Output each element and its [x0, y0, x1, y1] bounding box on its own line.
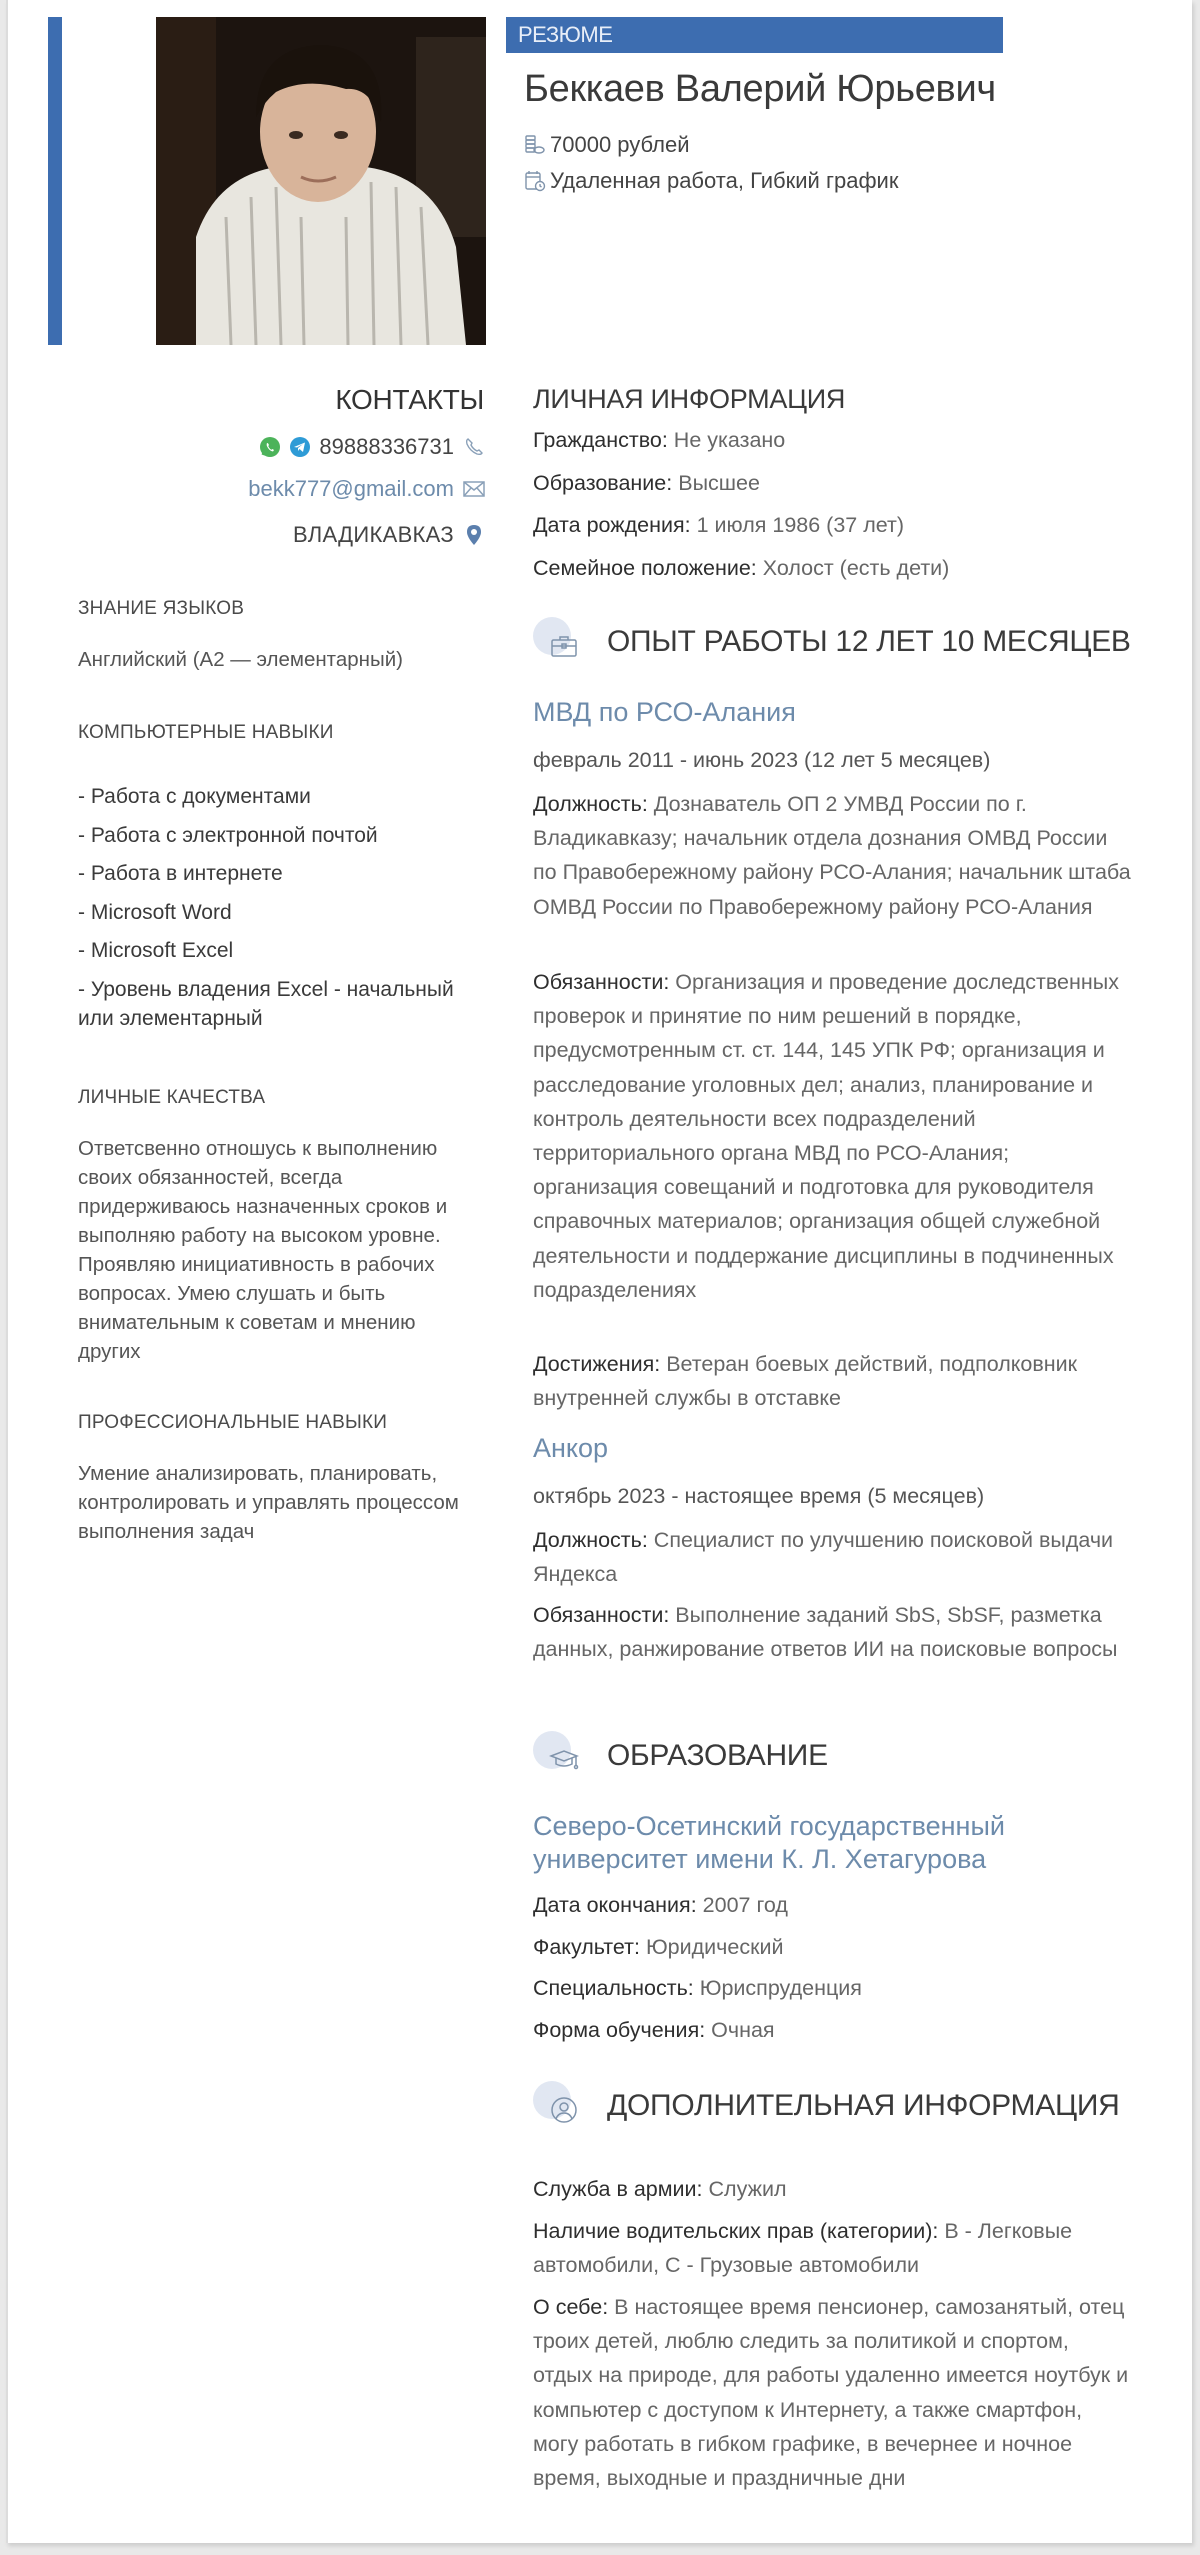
- job-1-period: февраль 2011 - июнь 2023 (12 лет 5 месяц…: [533, 748, 990, 773]
- contact-city: ВЛАДИКАВКАЗ: [293, 522, 486, 548]
- experience-title: ОПЫТ РАБОТЫ 12 ЛЕТ 10 МЕСЯЦЕВ: [607, 625, 1131, 659]
- contacts-title: КОНТАКТЫ: [335, 384, 484, 416]
- schedule-value: Удаленная работа, Гибкий график: [550, 168, 898, 194]
- list-item: - Работа с документами: [78, 782, 488, 811]
- salary: 70000 рублей: [524, 132, 690, 158]
- email-link[interactable]: bekk777@gmail.com: [248, 476, 454, 502]
- field-study-form: Форма обучения: Очная: [533, 2013, 1133, 2048]
- computer-skills-title: КОМПЬЮТЕРНЫЕ НАВЫКИ: [78, 722, 334, 744]
- personal-info-title: ЛИЧНАЯ ИНФОРМАЦИЯ: [533, 384, 1133, 415]
- graduation-cap-icon: [549, 1745, 579, 1775]
- additional-title: ДОПОЛНИТЕЛЬНАЯ ИНФОРМАЦИЯ: [607, 2089, 1119, 2123]
- job-1-duties: Обязанности: Организация и проведение до…: [533, 965, 1133, 1307]
- personal-qualities-title: ЛИЧНЫЕ КАЧЕСТВА: [78, 1087, 265, 1109]
- field-specialty: Специальность: Юриспруденция: [533, 1971, 1133, 2006]
- education-title: ОБРАЗОВАНИЕ: [607, 1739, 828, 1773]
- additional-header: ДОПОЛНИТЕЛЬНАЯ ИНФОРМАЦИЯ: [533, 2081, 1119, 2131]
- field-marital: Семейное положение: Холост (есть дети): [533, 551, 1133, 586]
- field-license: Наличие водительских прав (категории): В…: [533, 2214, 1133, 2282]
- phone-number[interactable]: 89888336731: [319, 434, 454, 460]
- job-2-duties: Обязанности: Выполнение заданий SbS, SbS…: [533, 1598, 1133, 1666]
- field-citizenship: Гражданство: Не указано: [533, 423, 1133, 458]
- education-fields: Дата окончания: 2007 год Факультет: Юрид…: [533, 1888, 1133, 2047]
- profile-photo: [156, 17, 486, 345]
- experience-header: ОПЫТ РАБОТЫ 12 ЛЕТ 10 МЕСЯЦЕВ: [533, 617, 1131, 667]
- candidate-name: Беккаев Валерий Юрьевич: [524, 68, 996, 111]
- job-2-org: Анкор: [533, 1432, 1133, 1465]
- envelope-icon: [462, 477, 486, 501]
- job-2-period: октябрь 2023 - настоящее время (5 месяце…: [533, 1484, 984, 1509]
- job-2-position: Должность: Специалист по улучшению поиск…: [533, 1523, 1133, 1591]
- accent-bar: [48, 17, 62, 345]
- professional-skills-title: ПРОФЕССИОНАЛЬНЫЕ НАВЫКИ: [78, 1412, 387, 1434]
- coins-icon: [524, 134, 546, 156]
- user-circle-icon: [549, 2095, 579, 2125]
- list-item: - Microsoft Word: [78, 898, 488, 927]
- job-1-org: МВД по РСО-Алания: [533, 696, 1133, 729]
- languages-title: ЗНАНИЕ ЯЗЫКОВ: [78, 598, 244, 620]
- education-institution: Северо-Осетинский государственный универ…: [533, 1810, 1133, 1876]
- phone-icon: [462, 435, 486, 459]
- city-name: ВЛАДИКАВКАЗ: [293, 522, 454, 548]
- job-1-position: Должность: Дознаватель ОП 2 УМВД России …: [533, 787, 1133, 924]
- whatsapp-icon[interactable]: [259, 436, 281, 458]
- calendar-clock-icon: [524, 170, 546, 192]
- list-item: - Microsoft Excel: [78, 936, 488, 965]
- briefcase-icon: [549, 631, 579, 661]
- resume-tag: РЕЗЮМЕ: [506, 17, 1003, 53]
- contact-email: bekk777@gmail.com: [248, 476, 486, 502]
- contact-phone: 89888336731: [259, 434, 486, 460]
- professional-skills-text: Умение анализировать, планировать, контр…: [78, 1459, 478, 1546]
- list-item: - Уровень владения Excel - начальный или…: [78, 975, 488, 1033]
- field-faculty: Факультет: Юридический: [533, 1930, 1133, 1965]
- location-pin-icon: [462, 523, 486, 547]
- field-birthdate: Дата рождения: 1 июля 1986 (37 лет): [533, 508, 1133, 543]
- languages-text: Английский (А2 — элементарный): [78, 645, 478, 674]
- list-item: - Работа в интернете: [78, 859, 488, 888]
- resume-page: РЕЗЮМЕ Беккаев Валерий Юрьевич 70000 руб…: [6, 0, 1192, 2543]
- personal-info-fields: Гражданство: Не указано Образование: Выс…: [533, 423, 1133, 585]
- telegram-icon[interactable]: [289, 436, 311, 458]
- personal-qualities-text: Ответсвенно отношусь к выполнению своих …: [78, 1134, 478, 1366]
- field-about: О себе: В настоящее время пенсионер, сам…: [533, 2290, 1133, 2495]
- list-item: - Работа с электронной почтой: [78, 821, 488, 850]
- field-army: Служба в армии: Служил: [533, 2172, 1133, 2206]
- schedule: Удаленная работа, Гибкий график: [524, 168, 898, 194]
- field-graduation: Дата окончания: 2007 год: [533, 1888, 1133, 1923]
- job-1-achievements: Достижения: Ветеран боевых действий, под…: [533, 1347, 1133, 1415]
- field-education: Образование: Высшее: [533, 466, 1133, 501]
- salary-value: 70000 рублей: [550, 132, 690, 158]
- education-header: ОБРАЗОВАНИЕ: [533, 1731, 828, 1781]
- computer-skills-list: - Работа с документами - Работа с электр…: [78, 782, 488, 1042]
